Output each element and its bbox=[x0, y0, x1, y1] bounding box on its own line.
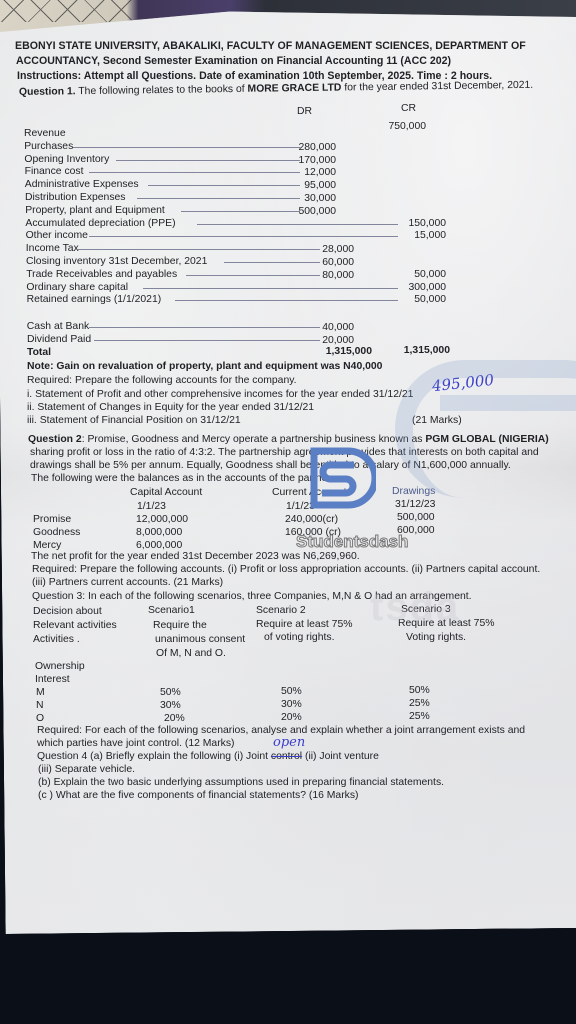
q4-b: (b) Explain the two basic underlying ass… bbox=[38, 776, 444, 789]
account-name: Distribution Expenses bbox=[25, 191, 126, 204]
q2-line4: The following were the balances as in th… bbox=[31, 472, 339, 485]
party-name: M bbox=[36, 686, 45, 699]
studentsdash-logo-icon bbox=[308, 447, 376, 509]
q1-intro-end: for the year ended 31st December, 2021. bbox=[341, 80, 533, 94]
pen-guide-line bbox=[89, 236, 398, 237]
capital-balance: 8,000,000 bbox=[136, 526, 182, 539]
pen-guide-line bbox=[181, 211, 300, 212]
q1-req-item-3: iii. Statement of Financial Position on … bbox=[27, 414, 241, 427]
scenario-1-title: Scenario1 bbox=[148, 604, 195, 617]
q4-a-struck: control bbox=[271, 751, 302, 762]
credit-amount: 750,000 bbox=[352, 120, 426, 133]
account-name: Income Tax bbox=[26, 242, 79, 255]
q1-req-item-2: ii. Statement of Changes in Equity for t… bbox=[27, 401, 314, 414]
q1-note-text: Note: Gain on revaluation of property, p… bbox=[27, 361, 382, 372]
scenario-2-desc-1: Require at least 75% bbox=[256, 618, 352, 631]
account-name: Revenue bbox=[24, 127, 66, 140]
account-name: Administrative Expenses bbox=[25, 178, 139, 191]
total-cr: 1,315,000 bbox=[378, 344, 450, 357]
department-name: ACCOUNTANCY, bbox=[16, 55, 100, 67]
pen-guide-line bbox=[94, 340, 320, 341]
total-dr: 1,315,000 bbox=[300, 345, 372, 358]
party-name: N bbox=[36, 699, 44, 712]
pen-guide-line bbox=[78, 249, 320, 250]
account-name: Opening Inventory bbox=[24, 153, 109, 166]
exam-title: Second Semester Examination on Financial… bbox=[100, 55, 451, 67]
q1-note: Note: Gain on revaluation of property, p… bbox=[27, 360, 382, 373]
pen-guide-line bbox=[89, 327, 320, 328]
handwritten-correction: open bbox=[273, 736, 305, 749]
account-name: Accumulated depreciation (PPE) bbox=[25, 217, 175, 230]
ownership-percent: 20% bbox=[281, 711, 302, 724]
university-header-line2: ACCOUNTANCY, Second Semester Examination… bbox=[16, 55, 451, 68]
scenario-2-title: Scenario 2 bbox=[256, 604, 306, 617]
pen-guide-line bbox=[116, 160, 300, 161]
capital-balance: 12,000,000 bbox=[136, 513, 188, 526]
watermark-large-logo bbox=[395, 360, 576, 498]
q1-intro-text: The following relates to the books of bbox=[78, 84, 247, 97]
pen-guide-line bbox=[137, 198, 300, 199]
pen-guide-line bbox=[186, 275, 320, 276]
watermark-text: Studentsdash bbox=[296, 532, 408, 552]
scenario-2-desc-2: of voting rights. bbox=[264, 631, 334, 644]
account-name: Property, plant and Equipment bbox=[25, 204, 165, 217]
col-capital-date: 1/1/23 bbox=[137, 500, 166, 513]
pen-guide-line bbox=[148, 185, 300, 186]
q3-required-2: which parties have joint control. (12 Ma… bbox=[37, 737, 235, 750]
pen-guide-line bbox=[89, 172, 300, 173]
col-drawings-date: 31/12/23 bbox=[395, 498, 435, 511]
scenario-1-desc-3: Of M, N and O. bbox=[156, 647, 226, 660]
drawings-amount: 500,000 bbox=[397, 511, 435, 524]
partner-name: Promise bbox=[33, 513, 71, 526]
q4-a-line1: Question 4 (a) Briefly explain the follo… bbox=[37, 750, 379, 763]
q4-a-prefix: Question 4 (a) Briefly explain the follo… bbox=[37, 751, 271, 762]
q1-req-item-1: i. Statement of Profit and other compreh… bbox=[27, 388, 413, 401]
q1-label: Question 1. bbox=[19, 86, 76, 98]
credit-amount: 50,000 bbox=[372, 268, 446, 281]
q2-line1-text: : Promise, Goodness and Mercy operate a … bbox=[82, 434, 426, 445]
scenario-3-desc-2: Voting rights. bbox=[406, 631, 466, 644]
q4-a-suffix: (ii) Joint venture bbox=[302, 751, 379, 762]
col-cr-header: CR bbox=[401, 102, 416, 115]
pen-guide-line bbox=[143, 288, 398, 289]
account-name: Purchases bbox=[24, 140, 73, 153]
watermark-faded-text: tsda bbox=[370, 585, 460, 630]
scenario-1-desc-2: unanimous consent bbox=[155, 633, 245, 646]
q1-required: Required: Prepare the following accounts… bbox=[27, 374, 297, 387]
ownership-percent: 50% bbox=[281, 685, 302, 698]
account-name: Other income bbox=[26, 229, 88, 242]
total-label: Total bbox=[27, 346, 51, 359]
q2-required-1: Required: Prepare the following accounts… bbox=[32, 563, 540, 576]
account-name: Closing inventory 31st December, 2021 bbox=[26, 255, 207, 268]
current-balance: 240,000(cr) bbox=[285, 513, 338, 526]
watermark-large-logo-bar bbox=[440, 395, 576, 411]
ownership-percent: 25% bbox=[409, 697, 430, 710]
university-header-line1: EBONYI STATE UNIVERSITY, ABAKALIKI, FACU… bbox=[15, 40, 526, 53]
account-name: Retained earnings (1/1/2021) bbox=[27, 293, 162, 306]
exam-document: EBONYI STATE UNIVERSITY, ABAKALIKI, FACU… bbox=[0, 0, 576, 1024]
partner-name: Goodness bbox=[33, 526, 80, 539]
ownership-percent: 30% bbox=[160, 699, 181, 712]
q3-row-label-1: Decision about bbox=[33, 605, 102, 618]
ownership-percent: 25% bbox=[409, 710, 430, 723]
scenario-1-desc-1: Require the bbox=[153, 619, 207, 632]
q3-row-label-3: Activities . bbox=[33, 633, 80, 646]
q3-row-label-2: Relevant activities bbox=[33, 619, 117, 632]
ownership-label-2: Interest bbox=[35, 673, 70, 686]
pen-guide-line bbox=[197, 224, 398, 225]
ownership-percent: 30% bbox=[281, 698, 302, 711]
account-name: Cash at Bank bbox=[27, 320, 89, 333]
account-name: Trade Receivables and payables bbox=[26, 268, 177, 281]
pen-guide-line bbox=[73, 147, 300, 148]
ownership-percent: 50% bbox=[409, 684, 430, 697]
col-dr-header: DR bbox=[297, 105, 312, 118]
q4-c: (c ) What are the five components of fin… bbox=[38, 789, 359, 802]
q4-a-line2: (iii) Separate vehicle. bbox=[38, 763, 135, 776]
ownership-percent: 50% bbox=[160, 686, 181, 699]
pen-guide-line bbox=[224, 262, 320, 263]
pen-guide-line bbox=[175, 300, 398, 301]
account-name: Finance cost bbox=[25, 165, 84, 178]
q2-required-2: (iii) Partners current accounts. (21 Mar… bbox=[32, 576, 223, 589]
ownership-label-1: Ownership bbox=[35, 660, 85, 673]
account-name: Ordinary share capital bbox=[26, 281, 128, 294]
company-name: MORE GRACE LTD bbox=[247, 82, 341, 94]
q2-label: Question 2 bbox=[28, 434, 82, 445]
col-capital-title: Capital Account bbox=[130, 486, 202, 499]
account-name: Dividend Paid bbox=[27, 333, 91, 346]
